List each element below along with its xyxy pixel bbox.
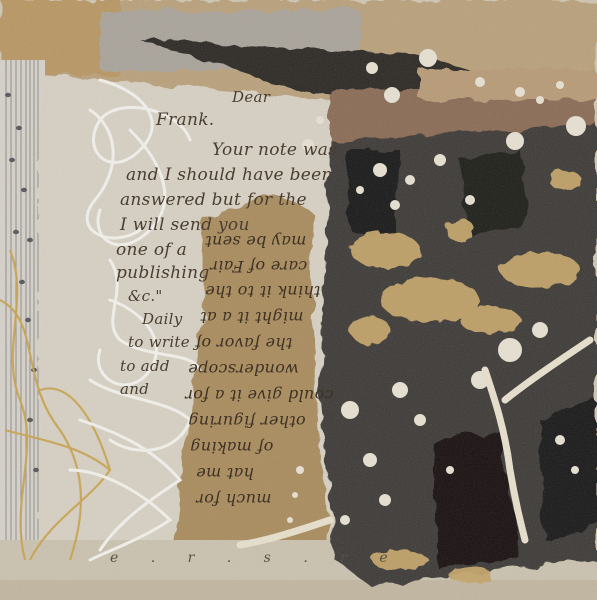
kraft-line: the favor of [195, 334, 292, 353]
kraft-line: may be sent [205, 232, 306, 251]
kraft-line: other figuring [188, 412, 306, 431]
letter-line: Frank. [156, 110, 215, 130]
letter-line: and [120, 380, 149, 398]
letter-line: one of a [116, 240, 187, 260]
kraft-line: much for [196, 490, 271, 509]
letter-line: to add [120, 357, 170, 375]
kraft-line: of making [190, 438, 273, 457]
kraft-line: care of Fair [210, 257, 307, 276]
letter-line: Dear [232, 88, 270, 106]
letter-line: Daily [142, 310, 183, 328]
kraft-line: might it a at [200, 308, 303, 327]
kraft-line: hat me [196, 464, 254, 483]
letter-line: &c." [128, 287, 163, 305]
letter-line: Your note was [212, 140, 337, 160]
kraft-line: wonderscope [188, 360, 299, 379]
bottom-strip-text: e . r . s . r e [110, 550, 402, 566]
letter-line: answered but for the [120, 190, 307, 210]
collage-artwork: Dear Frank. Your note was and I should h… [0, 0, 597, 600]
kraft-line: could give it a for [185, 386, 333, 405]
letter-line: to write [128, 333, 190, 351]
kraft-line: think it to the [205, 282, 320, 301]
letter-line: and I should have been [126, 165, 333, 185]
letter-line: publishing [116, 263, 210, 283]
